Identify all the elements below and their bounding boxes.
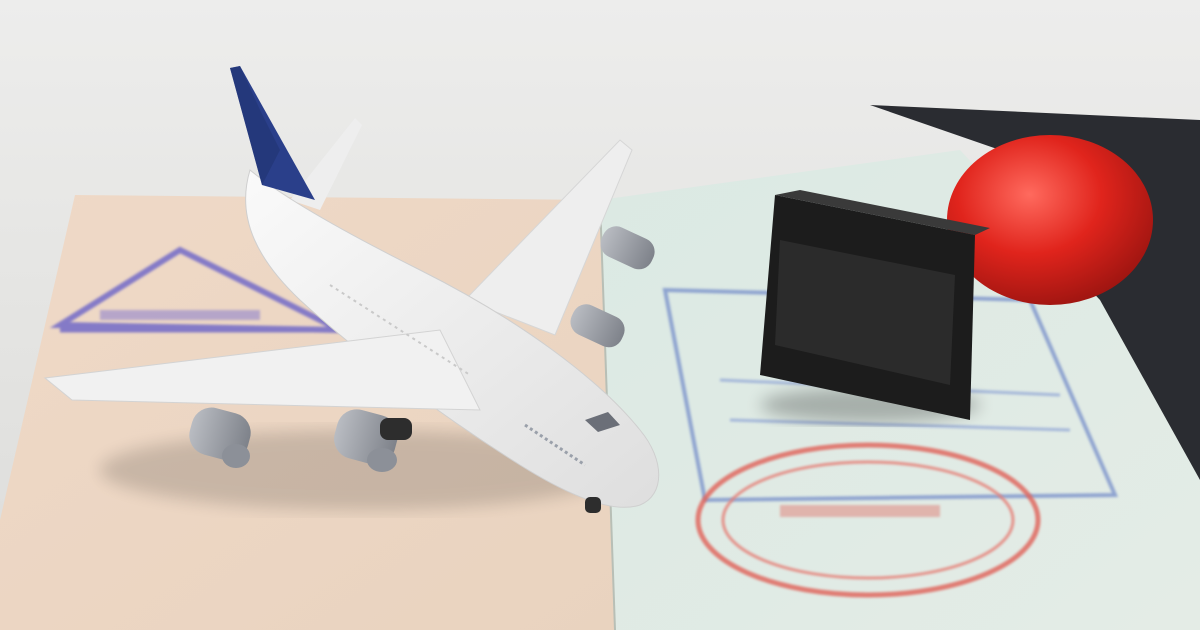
stamp-red-handle — [947, 135, 1153, 305]
plane-stabilizer — [290, 118, 362, 210]
scene-illustration — [0, 0, 1200, 630]
photo-scene: Toy passenger airplane resting on open p… — [0, 0, 1200, 630]
